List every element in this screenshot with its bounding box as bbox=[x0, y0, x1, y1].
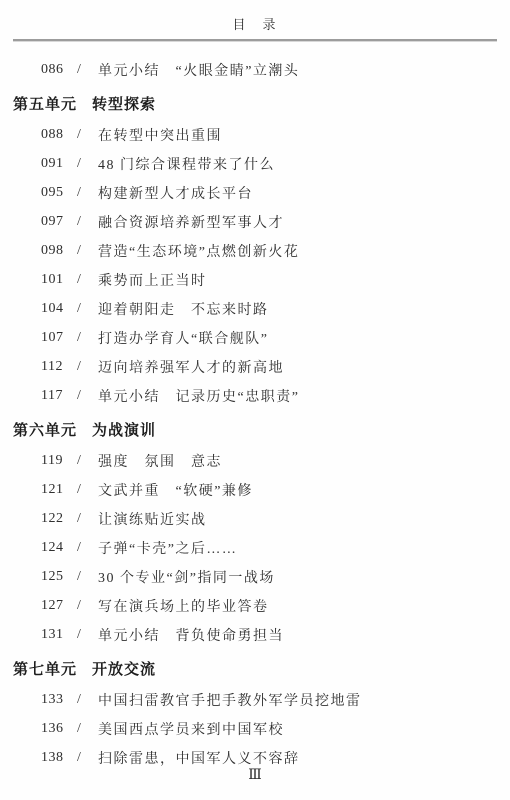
toc-page-number: 112 bbox=[41, 359, 69, 375]
toc-entry: 101 / 乘势而上正当时 bbox=[0, 265, 510, 294]
toc-entry: 098 / 营造“生态环境”点燃创新火花 bbox=[0, 236, 510, 265]
toc-entry: 117 / 单元小结 记录历史“忠职责” bbox=[0, 381, 510, 410]
toc-entry-title: 中国扫雷教官手把手教外军学员挖地雷 bbox=[98, 690, 362, 710]
toc-separator: / bbox=[69, 127, 89, 143]
toc-separator: / bbox=[69, 721, 89, 737]
section-unit-label: 第七单元 bbox=[13, 658, 77, 679]
toc-page-number: 107 bbox=[41, 330, 69, 346]
toc-entry: 121 / 文武并重 “软硬”兼修 bbox=[0, 475, 510, 504]
toc-entry-title: 让演练贴近实战 bbox=[98, 509, 207, 529]
toc-section-heading: 第六单元 为战演训 bbox=[0, 415, 510, 444]
page-title: 目 录 bbox=[0, 0, 510, 33]
toc-page-number: 088 bbox=[41, 127, 69, 143]
toc-separator: / bbox=[69, 540, 89, 556]
toc-separator: / bbox=[69, 301, 89, 317]
toc-page-number: 119 bbox=[41, 453, 69, 469]
toc-page-number: 121 bbox=[41, 482, 69, 498]
toc-entry-title: 营造“生态环境”点燃创新火花 bbox=[98, 241, 299, 261]
toc-page-number: 097 bbox=[41, 214, 69, 230]
toc-entry-title: 强度 氛围 意志 bbox=[98, 451, 222, 471]
table-of-contents: 086 / 单元小结 “火眼金睛”立潮头 第五单元 转型探索 088 / 在转型… bbox=[0, 42, 510, 772]
toc-entry-title: 在转型中突出重围 bbox=[98, 125, 222, 145]
toc-entry-title: 扫除雷患，中国军人义不容辞 bbox=[98, 748, 300, 768]
toc-separator: / bbox=[69, 272, 89, 288]
toc-page-number: 086 bbox=[41, 62, 69, 78]
toc-separator: / bbox=[69, 569, 89, 585]
toc-section-heading: 第七单元 开放交流 bbox=[0, 654, 510, 683]
toc-separator: / bbox=[69, 214, 89, 230]
toc-separator: / bbox=[69, 482, 89, 498]
toc-page-number: 091 bbox=[41, 156, 69, 172]
section-unit-label: 第六单元 bbox=[13, 419, 77, 440]
toc-separator: / bbox=[69, 388, 89, 404]
toc-entry: 097 / 融合资源培养新型军事人才 bbox=[0, 207, 510, 236]
toc-page-number: 125 bbox=[41, 569, 69, 585]
section-title-label: 开放交流 bbox=[92, 658, 156, 679]
toc-entry: 125 / 30 个专业“剑”指同一战场 bbox=[0, 562, 510, 591]
toc-entry-title: 30 个专业“剑”指同一战场 bbox=[98, 567, 275, 587]
toc-page: 目 录 086 / 单元小结 “火眼金睛”立潮头 第五单元 转型探索 088 /… bbox=[0, 0, 510, 800]
toc-entry-title: 48 门综合课程带来了什么 bbox=[98, 154, 275, 174]
toc-page-number: 098 bbox=[41, 243, 69, 259]
toc-separator: / bbox=[69, 453, 89, 469]
toc-entry-title: 单元小结 记录历史“忠职责” bbox=[98, 386, 299, 406]
toc-entry: 127 / 写在演兵场上的毕业答卷 bbox=[0, 591, 510, 620]
toc-page-number: 104 bbox=[41, 301, 69, 317]
toc-entry-title: 单元小结 “火眼金睛”立潮头 bbox=[98, 60, 299, 80]
toc-entry: 107 / 打造办学育人“联合舰队” bbox=[0, 323, 510, 352]
toc-separator: / bbox=[69, 359, 89, 375]
toc-entry-title: 乘势而上正当时 bbox=[98, 270, 207, 290]
toc-entry: 091 / 48 门综合课程带来了什么 bbox=[0, 149, 510, 178]
toc-separator: / bbox=[69, 511, 89, 527]
folio-page-number: Ⅲ bbox=[0, 767, 510, 784]
toc-page-number: 131 bbox=[41, 627, 69, 643]
toc-separator: / bbox=[69, 185, 89, 201]
toc-page-number: 117 bbox=[41, 388, 69, 404]
toc-separator: / bbox=[69, 243, 89, 259]
toc-page-number: 127 bbox=[41, 598, 69, 614]
toc-entry: 133 / 中国扫雷教官手把手教外军学员挖地雷 bbox=[0, 685, 510, 714]
toc-page-number: 124 bbox=[41, 540, 69, 556]
toc-entry-title: 子弹“卡壳”之后…… bbox=[98, 538, 237, 558]
toc-entry: 119 / 强度 氛围 意志 bbox=[0, 446, 510, 475]
toc-entry: 112 / 迈向培养强军人才的新高地 bbox=[0, 352, 510, 381]
toc-page-number: 122 bbox=[41, 511, 69, 527]
section-title-label: 为战演训 bbox=[92, 419, 156, 440]
toc-entry: 104 / 迎着朝阳走 不忘来时路 bbox=[0, 294, 510, 323]
toc-entry-title: 构建新型人才成长平台 bbox=[98, 183, 253, 203]
toc-entry: 122 / 让演练贴近实战 bbox=[0, 504, 510, 533]
toc-separator: / bbox=[69, 627, 89, 643]
toc-separator: / bbox=[69, 330, 89, 346]
toc-page-number: 138 bbox=[41, 750, 69, 766]
toc-entry-title: 打造办学育人“联合舰队” bbox=[98, 328, 268, 348]
section-unit-label: 第五单元 bbox=[13, 93, 77, 114]
toc-entry-title: 迎着朝阳走 不忘来时路 bbox=[98, 299, 269, 319]
toc-separator: / bbox=[69, 692, 89, 708]
toc-separator: / bbox=[69, 62, 89, 78]
toc-entry-title: 文武并重 “软硬”兼修 bbox=[98, 480, 253, 500]
toc-entry-title: 迈向培养强军人才的新高地 bbox=[98, 357, 284, 377]
toc-entry: 095 / 构建新型人才成长平台 bbox=[0, 178, 510, 207]
section-title-label: 转型探索 bbox=[92, 93, 156, 114]
toc-page-number: 133 bbox=[41, 692, 69, 708]
toc-entry: 136 / 美国西点学员来到中国军校 bbox=[0, 714, 510, 743]
toc-entry-title: 单元小结 背负使命勇担当 bbox=[98, 625, 284, 645]
toc-page-number: 095 bbox=[41, 185, 69, 201]
toc-page-number: 136 bbox=[41, 721, 69, 737]
toc-entry: 088 / 在转型中突出重围 bbox=[0, 120, 510, 149]
toc-section-heading: 第五单元 转型探索 bbox=[0, 89, 510, 118]
toc-entry-title: 融合资源培养新型军事人才 bbox=[98, 212, 284, 232]
toc-entry-title: 美国西点学员来到中国军校 bbox=[98, 719, 284, 739]
toc-entry: 131 / 单元小结 背负使命勇担当 bbox=[0, 620, 510, 649]
toc-separator: / bbox=[69, 750, 89, 766]
toc-entry: 124 / 子弹“卡壳”之后…… bbox=[0, 533, 510, 562]
toc-entry-title: 写在演兵场上的毕业答卷 bbox=[98, 596, 269, 616]
toc-separator: / bbox=[69, 598, 89, 614]
toc-entry: 086 / 单元小结 “火眼金睛”立潮头 bbox=[0, 55, 510, 84]
toc-page-number: 101 bbox=[41, 272, 69, 288]
toc-separator: / bbox=[69, 156, 89, 172]
